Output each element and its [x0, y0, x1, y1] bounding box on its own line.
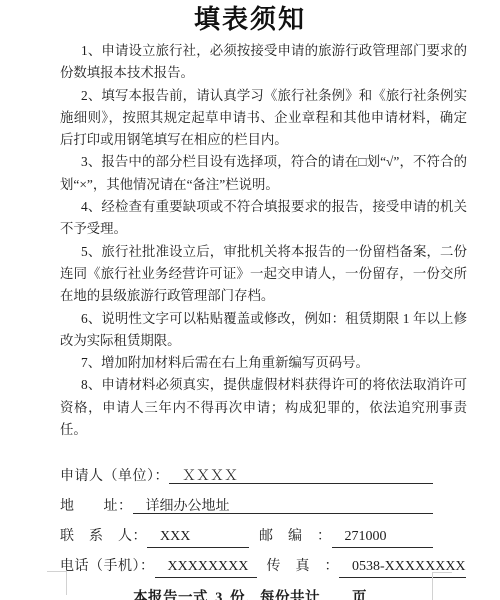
form-row-applicant: 申请人（单位）： ＸＸＸＸ	[60, 465, 433, 485]
form-row-contact-postcode: 联 系 人： XXX 邮 编 ： 271000	[60, 525, 433, 545]
copies-prefix: 本报告一式	[133, 590, 208, 600]
copies-suffix: 页	[352, 590, 367, 600]
phone-label: 电话（手机）：	[60, 555, 155, 575]
address-value: 详细办公地址	[133, 495, 230, 515]
applicant-value: ＸＸＸＸ	[169, 465, 238, 485]
applicant-label: 申请人（单位）：	[60, 465, 169, 485]
contact-field[interactable]: XXX	[147, 529, 249, 548]
page-margin-corner-mark-right	[432, 572, 452, 600]
postcode-field[interactable]: 271000	[332, 529, 434, 548]
contact-label: 联 系 人：	[60, 525, 147, 545]
instruction-item-2: 2、填写本报告前，请认真学习《旅行社条例》和《旅行社条例实施细则》，按照其规定起…	[60, 85, 467, 152]
copies-statement: 本报告一式3份，每份共计页	[0, 586, 500, 600]
page-margin-corner-mark-left	[47, 571, 67, 595]
instruction-item-7: 7、增加附加材料后需在右上角重新编写页码号。	[60, 352, 467, 374]
phone-field[interactable]: XXXXXXXX	[155, 559, 257, 578]
copies-count-field[interactable]: 3	[208, 591, 230, 600]
fax-label: 传 真 ：	[267, 555, 340, 575]
phone-value: XXXXXXXX	[155, 559, 249, 575]
instructions-list: 1、申请设立旅行社，必须按接受申请的旅游行政管理部门要求的份数填报本技术报告。 …	[60, 40, 467, 441]
address-label: 地 址：	[60, 495, 133, 515]
instruction-item-8: 8、申请材料必须真实，提供虚假材料获得许可的将依法取消许可资格，申请人三年内不得…	[60, 374, 467, 441]
form-row-phone-fax: 电话（手机）： XXXXXXXX 传 真 ： 0538-XXXXXXXX	[60, 555, 433, 575]
instruction-item-6: 6、说明性文字可以粘贴覆盖或修改，例如：租赁期限 1 年以上修改为实际租赁期限。	[60, 308, 467, 353]
applicant-form: 申请人（单位）： ＸＸＸＸ 地 址： 详细办公地址 联 系 人： XXX 邮 编…	[60, 465, 433, 575]
instruction-item-3: 3、报告中的部分栏目设有选择项，符合的请在□划“√”，不符合的划“×”，其他情况…	[60, 151, 467, 196]
copies-middle: 份，每份共计	[230, 590, 320, 600]
address-field[interactable]: 详细办公地址	[133, 495, 434, 514]
postcode-label: 邮 编 ：	[259, 525, 332, 545]
form-row-address: 地 址： 详细办公地址	[60, 495, 433, 515]
instruction-item-4: 4、经检查有重要缺项或不符合填报要求的报告，接受申请的机关不予受理。	[60, 196, 467, 241]
applicant-field[interactable]: ＸＸＸＸ	[169, 465, 433, 484]
postcode-value: 271000	[332, 529, 387, 545]
instruction-item-5: 5、旅行社批准设立后，审批机关将本报告的一份留档备案，二份连同《旅行社业务经营许…	[60, 241, 467, 308]
instruction-item-1: 1、申请设立旅行社，必须按接受申请的旅游行政管理部门要求的份数填报本技术报告。	[60, 40, 467, 85]
document-page: 填表须知 1、申请设立旅行社，必须按接受申请的旅游行政管理部门要求的份数填报本技…	[0, 0, 500, 600]
contact-value: XXX	[147, 529, 190, 545]
page-title: 填表须知	[0, 6, 500, 33]
